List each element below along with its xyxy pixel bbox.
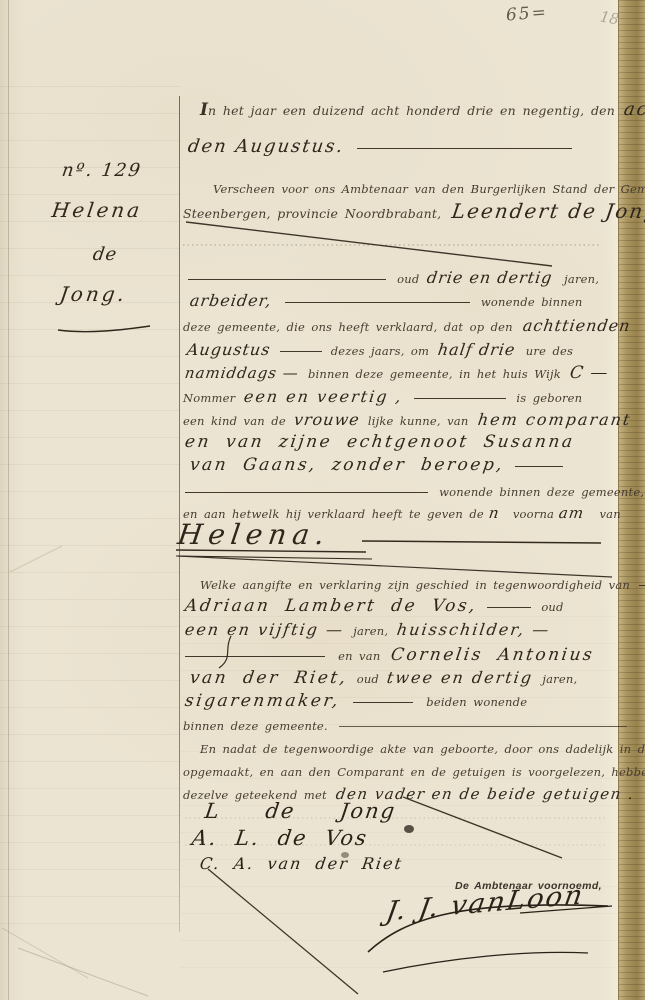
body-line-house: namiddags — binnen deze gemeente, in het… <box>185 363 608 383</box>
margin-child-name: Jong. <box>60 282 127 306</box>
corner-mark: 18 <box>600 8 619 27</box>
pencil-mark <box>10 546 62 572</box>
body-line-witness2-occ: sigarenmaker, beiden wonende <box>185 691 527 711</box>
page-number: 65= <box>506 4 548 24</box>
body-line-housenumber: Nommer een en veertig , is geboren <box>183 387 582 406</box>
pencil-mark <box>18 948 148 996</box>
body-line-witness1-age: een en vijftig — jaren, huisschilder, — <box>185 620 551 639</box>
signature-father: L de Jong <box>205 799 396 823</box>
body-line-witness1: Adriaan Lambert de Vos, oud <box>185 596 564 616</box>
body-line-witness-intro: Welke aangifte en verklaring zijn geschi… <box>200 574 645 593</box>
body-line-child-sex: een kind van de vrouwe lijke kunne, van … <box>183 410 631 429</box>
margin-rule-line <box>179 96 180 932</box>
page-left-edge <box>8 0 9 1000</box>
page-number-text: 65= <box>505 3 548 26</box>
pencil-mark <box>2 928 88 978</box>
reverse-side-show-through <box>0 60 180 940</box>
book-page-stack-edge <box>618 0 645 1000</box>
name-fill-stroke <box>362 541 601 543</box>
body-line-month: den Augustus. <box>188 136 572 157</box>
body-line-date-time: Augustus dezes jaars, om half drie ure d… <box>187 340 573 359</box>
birth-certificate-page: 65= 18 nº. 129 Helena de Jong. In het ja… <box>0 0 645 1000</box>
margin-child-name: de <box>93 244 117 265</box>
signature-witness2: C. A. van der Riet <box>200 854 403 873</box>
ink-blot <box>404 825 414 833</box>
body-line-witness2-age: van der Riet, oud twee en dertig jaren, <box>190 668 577 688</box>
body-line-occupation: arbeider, wonende binnen <box>190 291 582 310</box>
margin-underline <box>58 326 150 332</box>
body-line-year: In het jaar een duizend acht honderd dri… <box>200 99 645 120</box>
cancellation-stroke <box>186 222 552 266</box>
margin-child-name: Helena <box>52 198 142 222</box>
act-number: nº. 129 <box>62 160 142 181</box>
cancellation-stroke <box>208 869 358 994</box>
signature-official: J. J. vanLoon <box>388 888 582 919</box>
signature-flourish <box>383 952 588 972</box>
body-line-child-name: Helena. <box>178 518 330 551</box>
corner-mark-text: 18 <box>599 7 621 28</box>
act-number-text: nº. 129 <box>61 160 144 181</box>
body-line-residing: wonende binnen deze gemeente, <box>185 481 644 500</box>
body-line-appeared: Verscheen voor ons Ambtenaar van den Bur… <box>213 178 645 197</box>
body-line-closing1: En nadat de tegenwoordige akte van geboo… <box>200 738 645 757</box>
signature-witness1: A. L. de Vos <box>192 826 368 850</box>
body-line-mother2: van Gaans, zonder beroep, <box>190 455 563 475</box>
body-line-mother: en van zijne echtgenoot Susanna <box>185 432 575 452</box>
cancellation-stroke <box>403 797 562 858</box>
body-line-closing2: opgemaakt, en aan den Comparant en de ge… <box>183 761 645 780</box>
body-line-age: oud drie en dertig jaren, <box>188 268 599 287</box>
body-line-witness2: en van Cornelis Antonius <box>185 645 594 665</box>
body-line-declared: deze gemeente, die ons heeft verklaard, … <box>183 316 630 335</box>
body-line-municipality: Steenbergen, provincie Noordbrabant, Lee… <box>183 199 645 223</box>
name-underline <box>176 556 372 559</box>
body-line-residence: binnen deze gemeente. <box>183 715 627 734</box>
